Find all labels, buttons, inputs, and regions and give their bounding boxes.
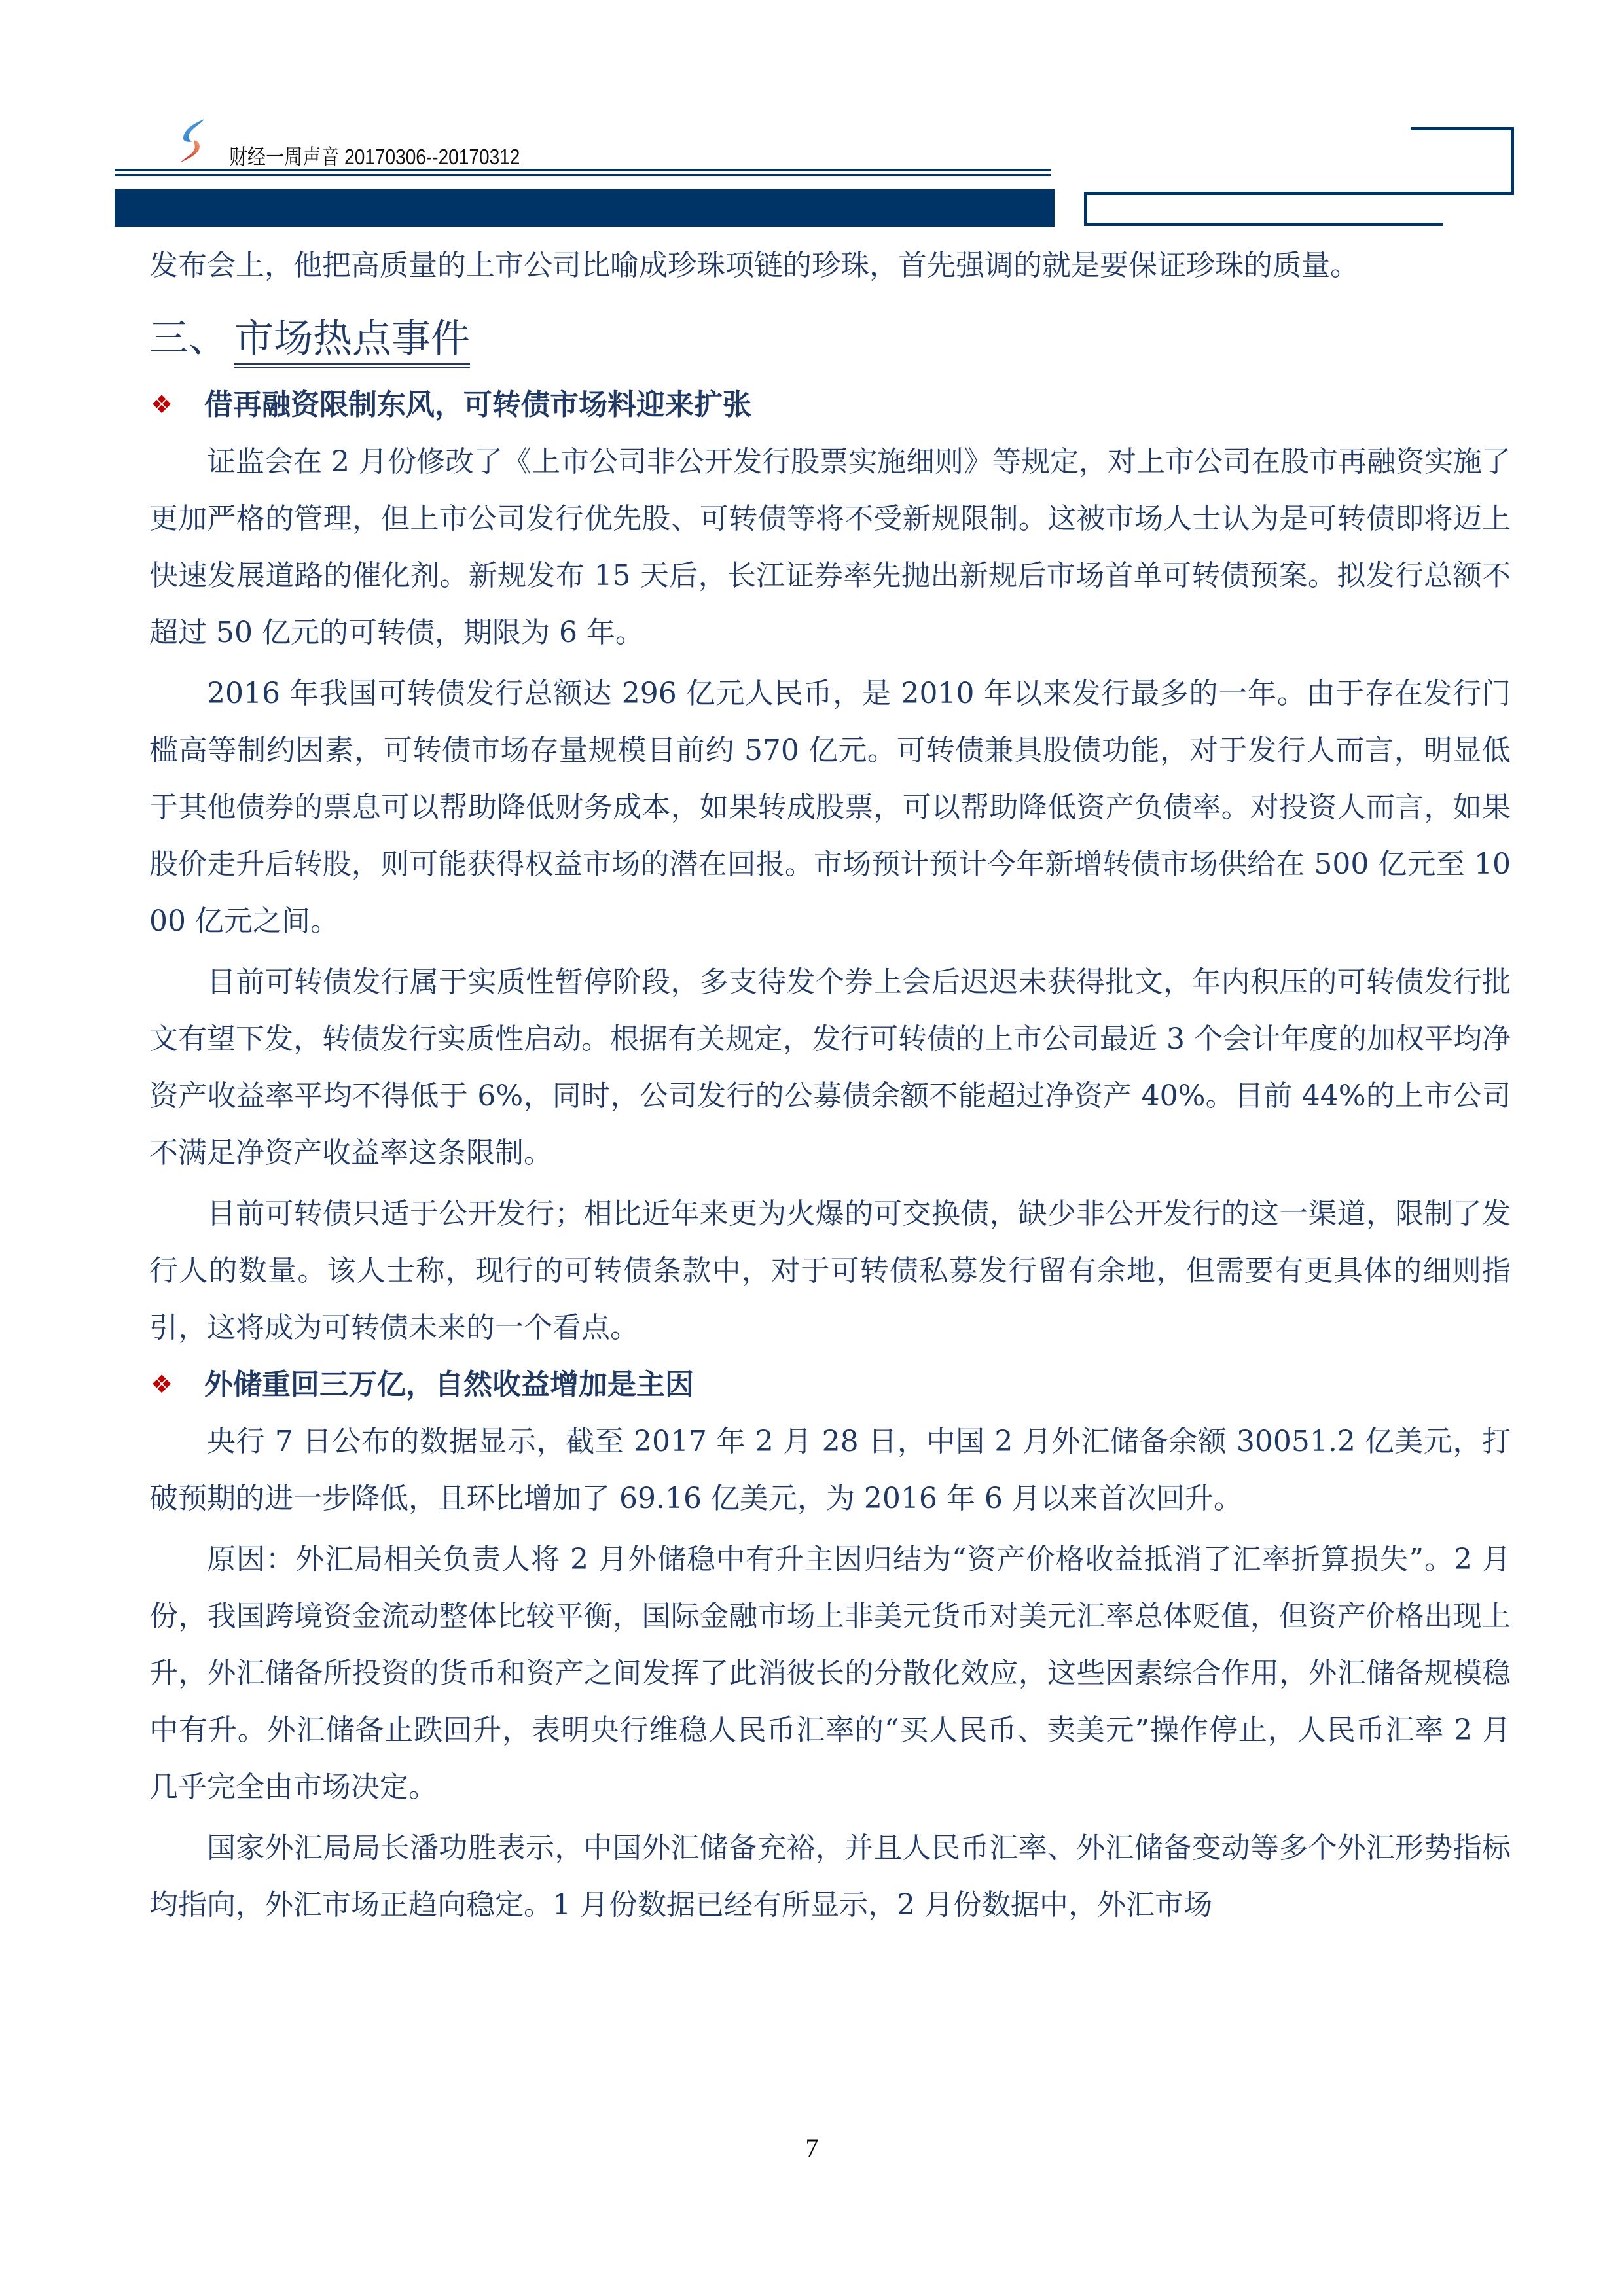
paragraph: 央行 7 日公布的数据显示，截至 2017 年 2 月 28 日，中国 2 月外… (149, 1413, 1511, 1527)
page-number: 7 (0, 2132, 1624, 2163)
decorative-frame-middle (1084, 192, 1514, 195)
paragraph: 原因：外汇局相关负责人将 2 月外储稳中有升主因归结为“资产价格收益抵消了汇率折… (149, 1531, 1511, 1816)
section-title: 市场热点事件 (234, 319, 470, 368)
section-number: 三、 (149, 319, 228, 358)
document-body: 发布会上，他把高质量的上市公司比喻成珍珠项链的珍珠，首先强调的就是要保证珍珠的质… (149, 237, 1511, 1933)
page-header: 财经一周声音 20170306--20170312 (0, 0, 1624, 236)
paragraph: 2016 年我国可转债发行总额达 296 亿元人民币，是 2010 年以来发行最… (149, 665, 1511, 950)
red-four-diamond-bullet-icon: ❖ (149, 376, 204, 433)
decorative-frame-left (1084, 192, 1087, 226)
decorative-frame-bottom (1084, 223, 1443, 226)
header-navy-bar (115, 189, 1055, 227)
topic-heading-text: 外储重回三万亿，自然收益增加是主因 (204, 1356, 694, 1413)
paragraph: 证监会在 2 月份修改了《上市公司非公开发行股票实施细则》等规定，对上市公司在股… (149, 433, 1511, 661)
paragraph: 目前可转债发行属于实质性暂停阶段，多支待发个券上会后迟迟未获得批文，年内积压的可… (149, 954, 1511, 1181)
decorative-frame-right (1511, 127, 1514, 195)
s-swoosh-logo-icon (177, 118, 209, 164)
topic-heading: ❖ 外储重回三万亿，自然收益增加是主因 (149, 1356, 1511, 1413)
header-title: 财经一周声音 20170306--20170312 (229, 140, 520, 171)
decorative-frame-top (1411, 127, 1514, 130)
paragraph: 国家外汇局局长潘功胜表示，中国外汇储备充裕，并且人民币汇率、外汇储备变动等多个外… (149, 1820, 1511, 1933)
red-four-diamond-bullet-icon: ❖ (149, 1356, 204, 1413)
topic-heading: ❖ 借再融资限制东风，可转债市场料迎来扩张 (149, 376, 1511, 433)
section-heading: 三、 市场热点事件 (149, 319, 1511, 376)
continuation-paragraph: 发布会上，他把高质量的上市公司比喻成珍珠项链的珍珠，首先强调的就是要保证珍珠的质… (149, 237, 1511, 294)
topic-heading-text: 借再融资限制东风，可转债市场料迎来扩张 (204, 376, 751, 433)
paragraph: 目前可转债只适于公开发行；相比近年来更为火爆的可交换债，缺少非公开发行的这一渠道… (149, 1185, 1511, 1356)
header-double-rule (115, 169, 1051, 176)
